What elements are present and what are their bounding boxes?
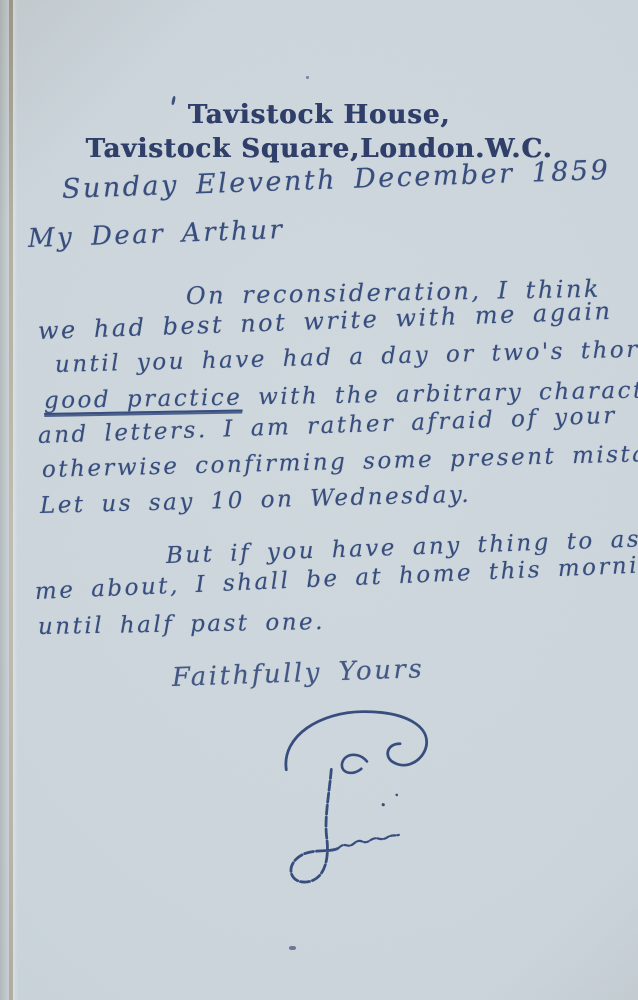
underlined-phrase: good practice bbox=[44, 385, 243, 417]
salutation: My Dear Arthur bbox=[27, 215, 284, 254]
body-line: otherwise confirming some present mistak… bbox=[42, 440, 638, 483]
body-line: Let us say 10 on Wednesday. bbox=[40, 482, 472, 519]
ink-speck bbox=[306, 76, 309, 79]
letterhead-line1: Tavistock House, bbox=[0, 98, 638, 132]
ink-speck bbox=[289, 946, 296, 950]
closing-valediction: Faithfully Yours bbox=[171, 654, 424, 693]
cd-signature-flourish: CD bbox=[228, 700, 488, 903]
letter-scan: Tavistock House, Tavistock Square,London… bbox=[0, 0, 638, 1000]
body-line: until half past one. bbox=[38, 609, 325, 640]
letterhead: Tavistock House, Tavistock Square,London… bbox=[0, 98, 638, 166]
